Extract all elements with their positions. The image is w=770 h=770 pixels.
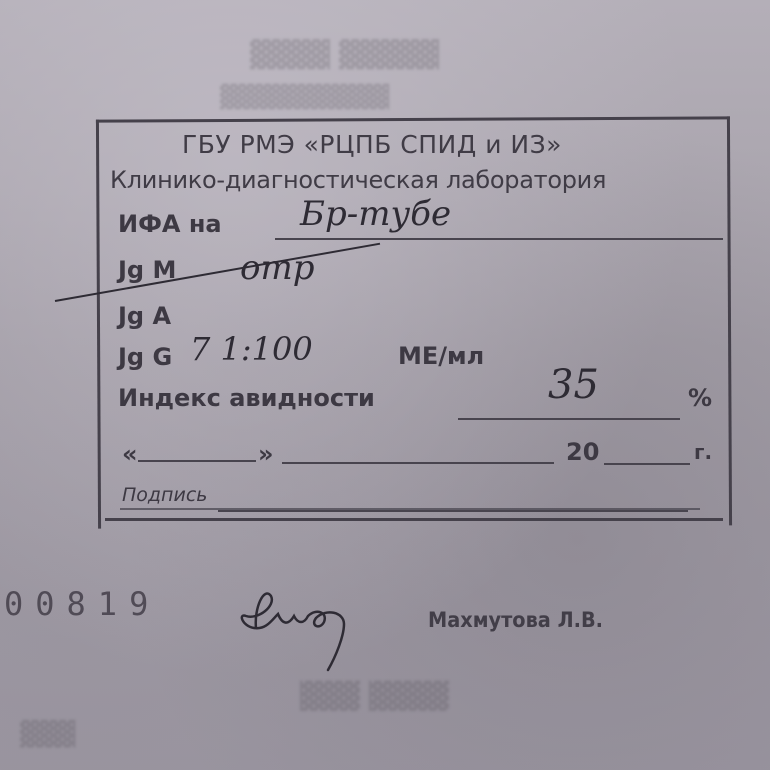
date-year-line: [604, 463, 690, 465]
igg-handwritten-value: 7 1:100: [190, 330, 313, 368]
date-month-line: [282, 462, 554, 464]
ifa-label: ИФА на: [118, 210, 222, 238]
igg-label: Jg G: [118, 343, 172, 371]
signature-underline: [218, 510, 688, 512]
date-year-prefix: 20: [566, 438, 599, 466]
avidity-label: Индекс авидности: [118, 384, 375, 412]
iga-label: Jg A: [118, 302, 171, 330]
handwritten-signature-icon: [236, 578, 406, 678]
background-bleed-text: ▓▓▓: [20, 720, 75, 748]
avidity-unit: %: [688, 384, 712, 412]
stamp-bottom-border: [105, 518, 723, 521]
signer-name: Махмутова Л.В.: [428, 608, 603, 632]
date-year-suffix: г.: [694, 440, 712, 464]
igm-handwritten-value: отр: [240, 248, 314, 288]
date-day-line: [138, 460, 256, 462]
stamp-department: Клинико-диагностическая лаборатория: [110, 166, 606, 194]
avidity-underline: [458, 418, 680, 420]
signature-label: Подпись: [122, 484, 207, 506]
serial-number: 00819: [4, 585, 160, 623]
ifa-underline: [275, 238, 723, 240]
background-bleed-text: ▓▓▓▓▓▓▓▓▓▓: [220, 85, 389, 110]
background-bleed-text: ▓▓▓▓ ▓▓▓▓▓: [250, 40, 439, 70]
igg-unit: МЕ/мл: [398, 342, 484, 370]
date-close-quote: »: [258, 440, 274, 468]
ifa-handwritten-value: Бр-тубе: [300, 194, 451, 234]
date-open-quote: «: [122, 440, 138, 468]
stamp-organization: ГБУ РМЭ «РЦПБ СПИД и ИЗ»: [182, 130, 562, 159]
background-bleed-text: ▓▓▓▓ ▓▓▓: [300, 680, 449, 710]
avidity-handwritten-value: 35: [548, 362, 599, 408]
